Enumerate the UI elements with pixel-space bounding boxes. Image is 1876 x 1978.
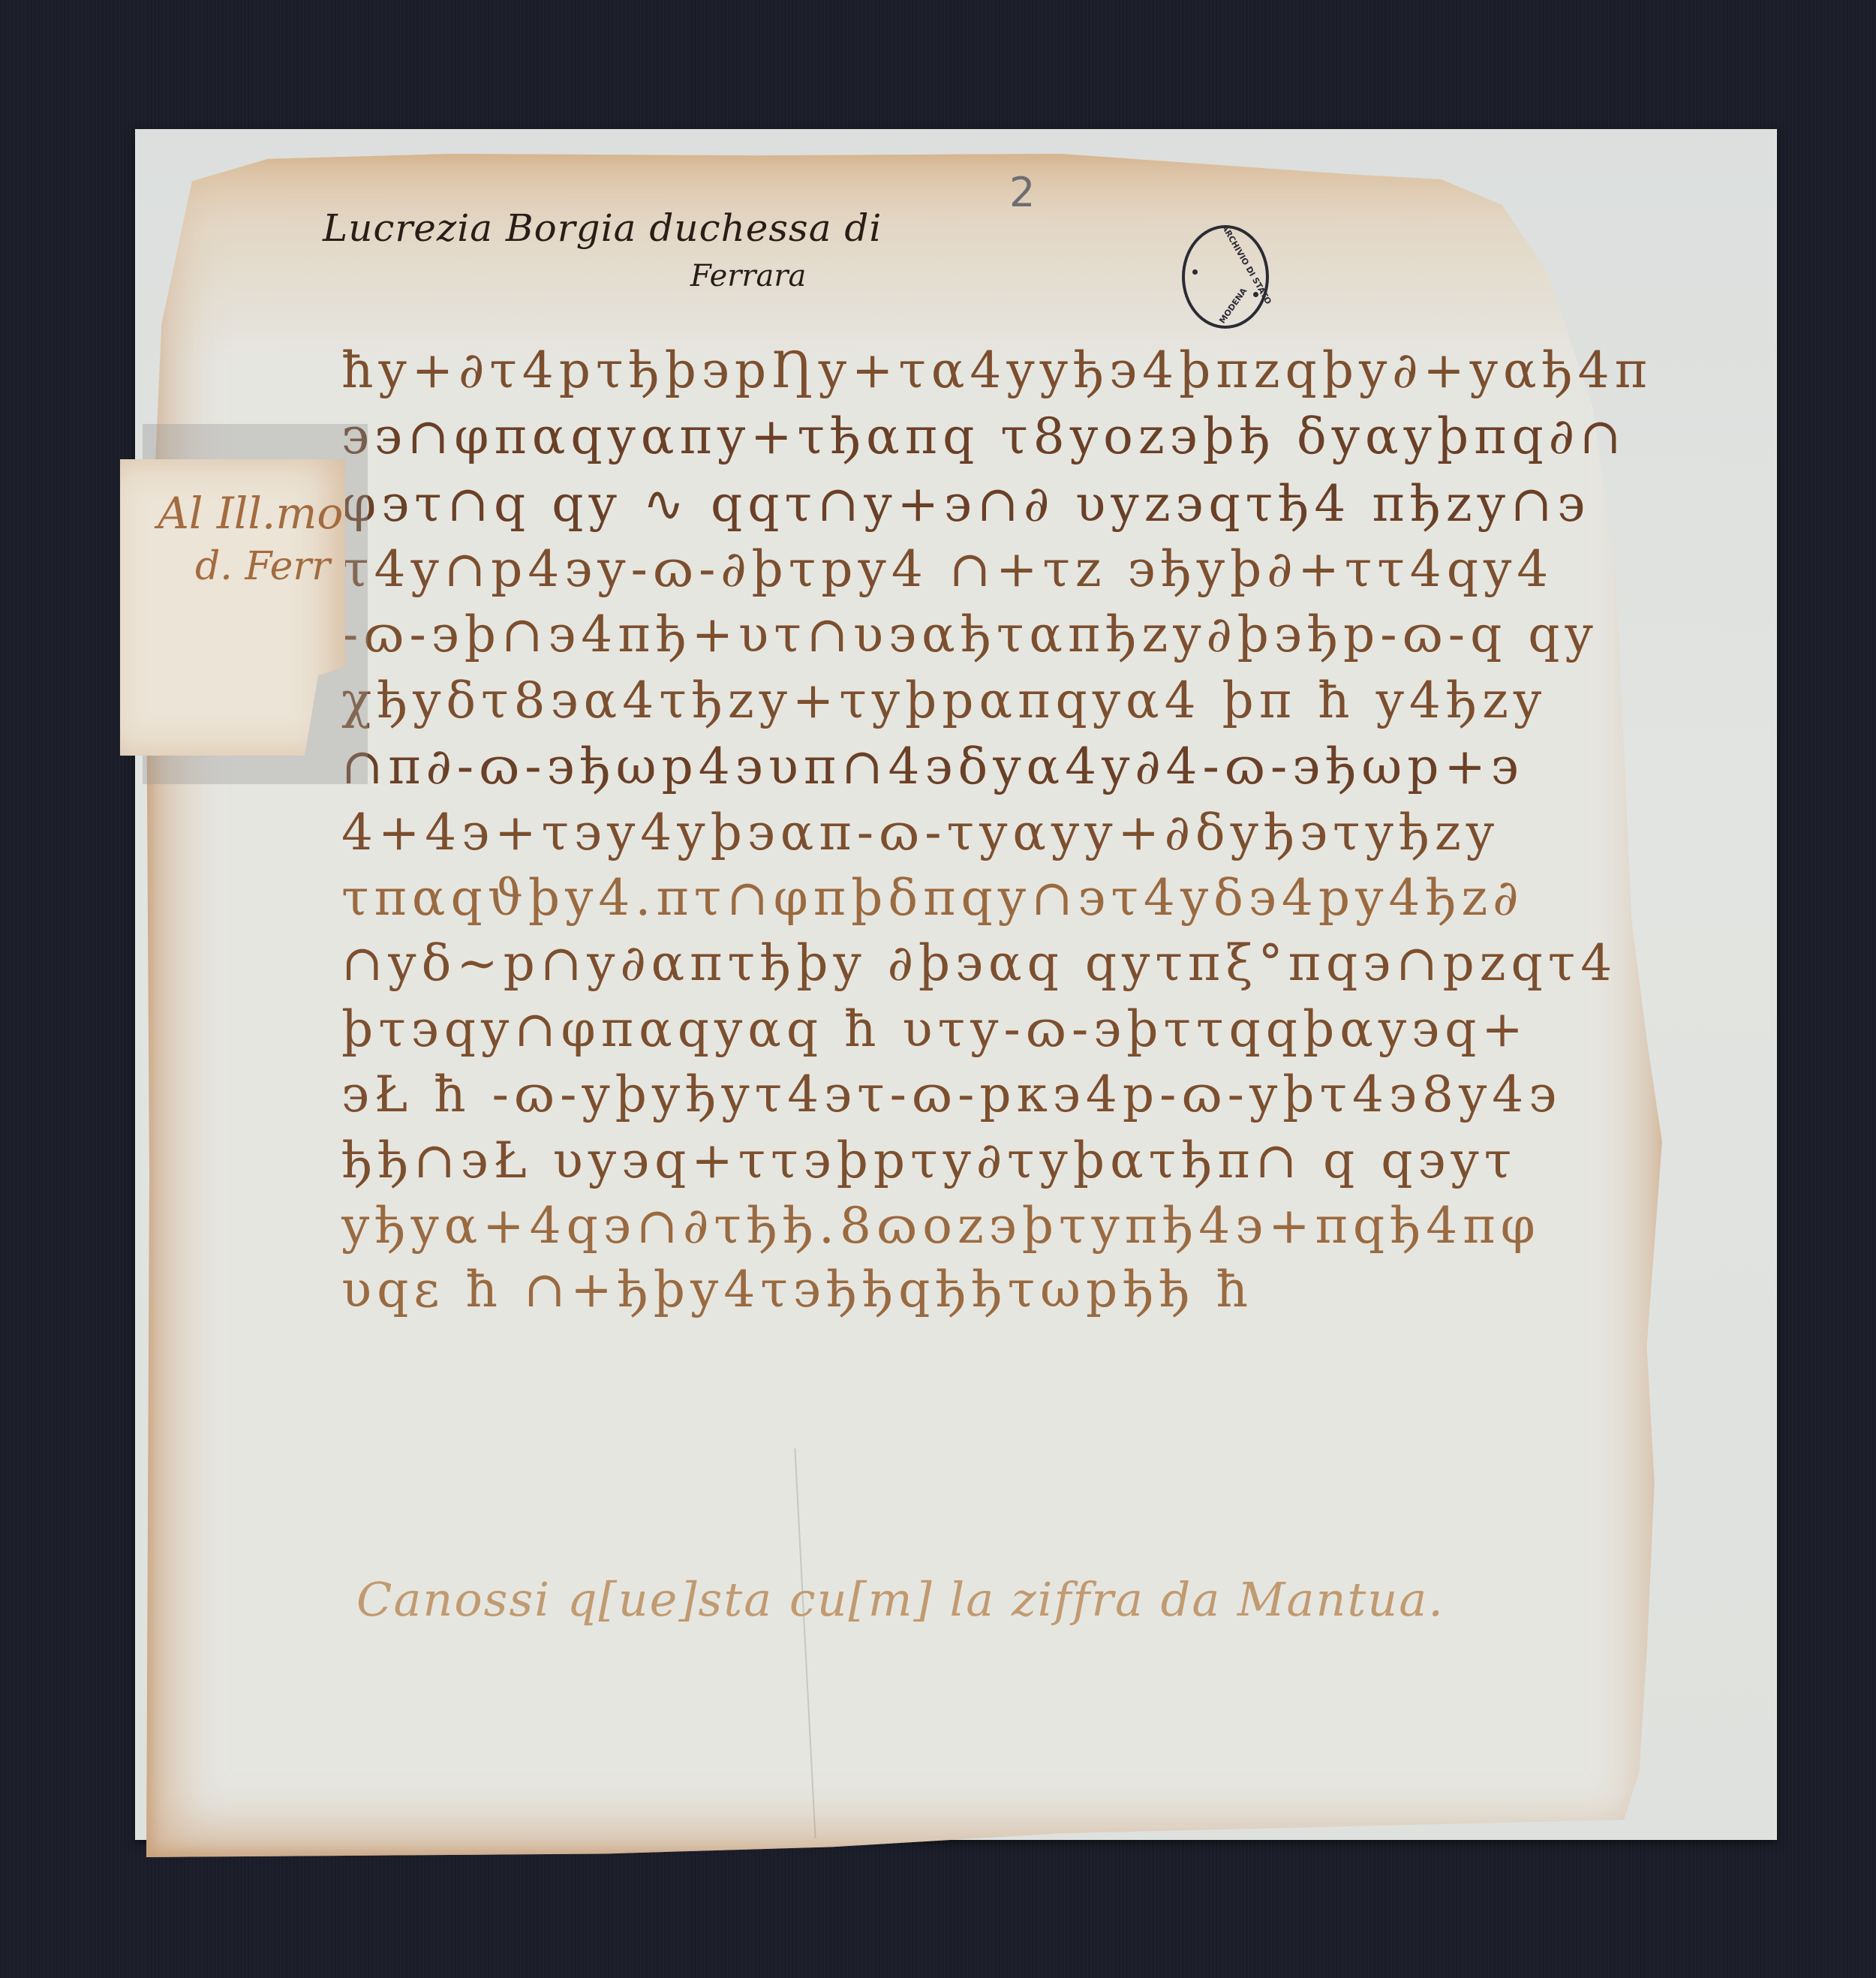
cipher-line: φ϶τ∩q qy ∿ qqτ∩y+϶∩∂ υyz϶qτђ4 πђzy∩϶ bbox=[341, 475, 1590, 533]
cipher-line: υqε ħ ∩+ђþy4τ϶ђђqђђτωpђђ ħ bbox=[341, 1261, 1253, 1318]
cipher-line: ђђ∩϶Ł υy϶q+ττ϶þpτy∂τyþατђπ∩ q q϶yτ bbox=[341, 1132, 1517, 1189]
stamp-dot bbox=[1192, 269, 1198, 275]
stamp-bottom-text: MODENA bbox=[1218, 286, 1249, 325]
cipher-line: τ4y∩p4϶y-ɷ-∂þτpy4 ∩+τz ϶ђyþ∂+ττ4qy4 bbox=[341, 540, 1553, 598]
archival-heading-line2: Ferrara bbox=[690, 259, 806, 293]
cipher-line: ħy+∂τ4pτђþ϶pȠy+τα4yyђ϶4þπzqþy∂+yαђ4π bbox=[341, 341, 1652, 399]
cipher-line: -ɷ-϶þ∩϶4πђ+υτ∩υ϶αђταπђzy∂þ϶ђp-ɷ-q qy bbox=[341, 606, 1598, 663]
annotation-note: Canossi q[ue]sta cu[m] la ziffra da Mant… bbox=[356, 1572, 1445, 1627]
cipher-line: ∩π∂-ɷ-϶ђωp4϶υπ∩4϶δyα4y∂4-ɷ-϶ђωp+϶ bbox=[341, 738, 1524, 795]
cipher-line: ϶Ł ħ -ɷ-yþyђyτ4϶τ-ɷ-pκ϶4p-ɷ-yþτ4϶8y4϶ bbox=[341, 1066, 1562, 1123]
archive-stamp-icon: ARCHIVIO DI STATO MODENA bbox=[1182, 225, 1269, 329]
cipher-line: ∩yδ∼p∩y∂απτђþy ∂þ϶αq qyτπξ°πq϶∩pzqτ4 bbox=[341, 934, 1617, 992]
cipher-line: χђyδτ8϶α4τђzy+τyþpαπqyα4 þπ ħ y4ђzy bbox=[341, 672, 1547, 729]
cipher-line: τπαqϑþy4.πτ∩φπþδπqy∩϶τ4yδ϶4py4ђz∂ bbox=[341, 869, 1523, 927]
cipher-line: yђyα+4q϶∩∂τђђ.8ɷoz϶þτyπђ4϶+πqђ4πφ bbox=[341, 1197, 1541, 1255]
cipher-line: ϶϶∩φπαqyαπy+τђαπq τ8yoz϶þђ δyαyþπq∂∩ bbox=[341, 407, 1626, 465]
stamp-dot bbox=[1253, 292, 1258, 297]
address-line2: d. Ferr bbox=[195, 544, 330, 589]
cipher-line: þτ϶qy∩φπαqyαq ħ υτy-ɷ-϶þττqqþαy϶q+ bbox=[341, 1000, 1529, 1058]
cipher-line: 4+4϶+τ϶y4yþ϶απ-ɷ-τyαyy+∂δyђ϶τyђzy bbox=[341, 804, 1499, 861]
page-number: 2 bbox=[1009, 169, 1035, 216]
archival-heading-line1: Lucrezia Borgia duchessa di bbox=[323, 206, 882, 250]
address-line1: Al Ill.mo bbox=[158, 488, 343, 539]
